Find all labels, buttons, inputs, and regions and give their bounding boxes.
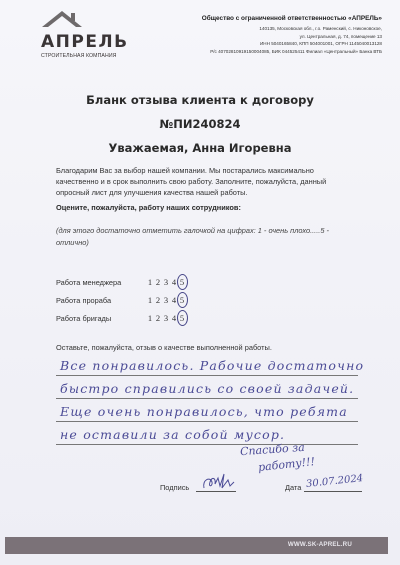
form-title: Бланк отзыва клиента к договору xyxy=(0,93,400,107)
date-label: Дата xyxy=(285,483,301,492)
rating-label: Работа прораба xyxy=(56,296,111,305)
feedback-line-4[interactable]: не оставили за собой мусор. xyxy=(60,427,285,442)
rating-option-5-selected[interactable]: 5 xyxy=(178,295,186,305)
footer-bar: WWW.SK-APREL.RU xyxy=(5,537,388,554)
contract-number: №ПИ240824 xyxy=(0,117,400,131)
rating-option-2[interactable]: 2 xyxy=(154,277,162,287)
thanks-note-line2: работу!!! xyxy=(257,455,315,474)
feedback-prompt: Оставьте, пожалуйста, отзыв о качестве в… xyxy=(56,343,272,352)
feedback-form-page: АПРЕЛЬ СТРОИТЕЛЬНАЯ КОМПАНИЯ Общество с … xyxy=(0,0,400,565)
rating-hint: (для этого достаточно отметить галочкой … xyxy=(56,225,356,248)
website-link[interactable]: WWW.SK-APREL.RU xyxy=(288,541,352,548)
feedback-line-1[interactable]: Все понравилось. Рабочие достаточно xyxy=(60,358,364,373)
company-address-line2: ул. Центральная, д. 74, помещение 13 xyxy=(122,33,382,41)
company-address-line1: 140135, Московская обл., г.о. Раменский,… xyxy=(122,25,382,33)
rating-option-2[interactable]: 2 xyxy=(154,313,162,323)
rating-option-5-selected[interactable]: 5 xyxy=(178,313,186,323)
rating-option-5-selected[interactable]: 5 xyxy=(178,277,186,287)
rating-option-1[interactable]: 1 xyxy=(146,277,154,287)
company-name: Общество с ограниченной ответственностью… xyxy=(122,15,382,22)
logo-tagline: СТРОИТЕЛЬНАЯ КОМПАНИЯ xyxy=(41,53,117,59)
feedback-line-3[interactable]: Еще очень понравилось, что ребята xyxy=(60,404,348,419)
date-value[interactable]: 30.07.2024 xyxy=(306,473,364,490)
feedback-rule xyxy=(56,375,358,376)
house-roof-icon xyxy=(42,10,90,30)
feedback-rule xyxy=(56,444,358,445)
rating-scale: 12345 xyxy=(146,313,186,323)
rating-option-1[interactable]: 1 xyxy=(146,313,154,323)
company-registration: ИНН 5040165840, КПП 504001001, ОГРН 1145… xyxy=(122,40,382,48)
signature-scribble-icon xyxy=(200,470,236,494)
rating-scale: 12345 xyxy=(146,277,186,287)
intro-text: Благодарим Вас за выбор нашей компании. … xyxy=(56,165,356,198)
rating-label: Работа менеджера xyxy=(56,278,121,287)
rating-scale: 12345 xyxy=(146,295,186,305)
rating-option-3[interactable]: 3 xyxy=(162,313,170,323)
rating-heading: Оцените, пожалуйста, работу наших сотруд… xyxy=(56,203,241,212)
feedback-rule xyxy=(56,421,358,422)
feedback-line-2[interactable]: быстро справились со своей задачей. xyxy=(60,381,354,396)
company-bank-details: Р/с 40702810919150004085, БИК 044525411 … xyxy=(122,48,382,56)
rating-option-2[interactable]: 2 xyxy=(154,295,162,305)
logo-brand-name: АПРЕЛЬ xyxy=(41,32,129,52)
rating-option-3[interactable]: 3 xyxy=(162,295,170,305)
rating-label: Работа бригады xyxy=(56,314,111,323)
rating-option-3[interactable]: 3 xyxy=(162,277,170,287)
company-requisites: Общество с ограниченной ответственностью… xyxy=(122,15,382,55)
feedback-rule xyxy=(56,398,358,399)
rating-option-1[interactable]: 1 xyxy=(146,295,154,305)
date-field[interactable] xyxy=(304,491,362,492)
signature-label: Подпись xyxy=(160,483,189,492)
customer-greeting: Уважаемая, Анна Игоревна xyxy=(0,141,400,155)
